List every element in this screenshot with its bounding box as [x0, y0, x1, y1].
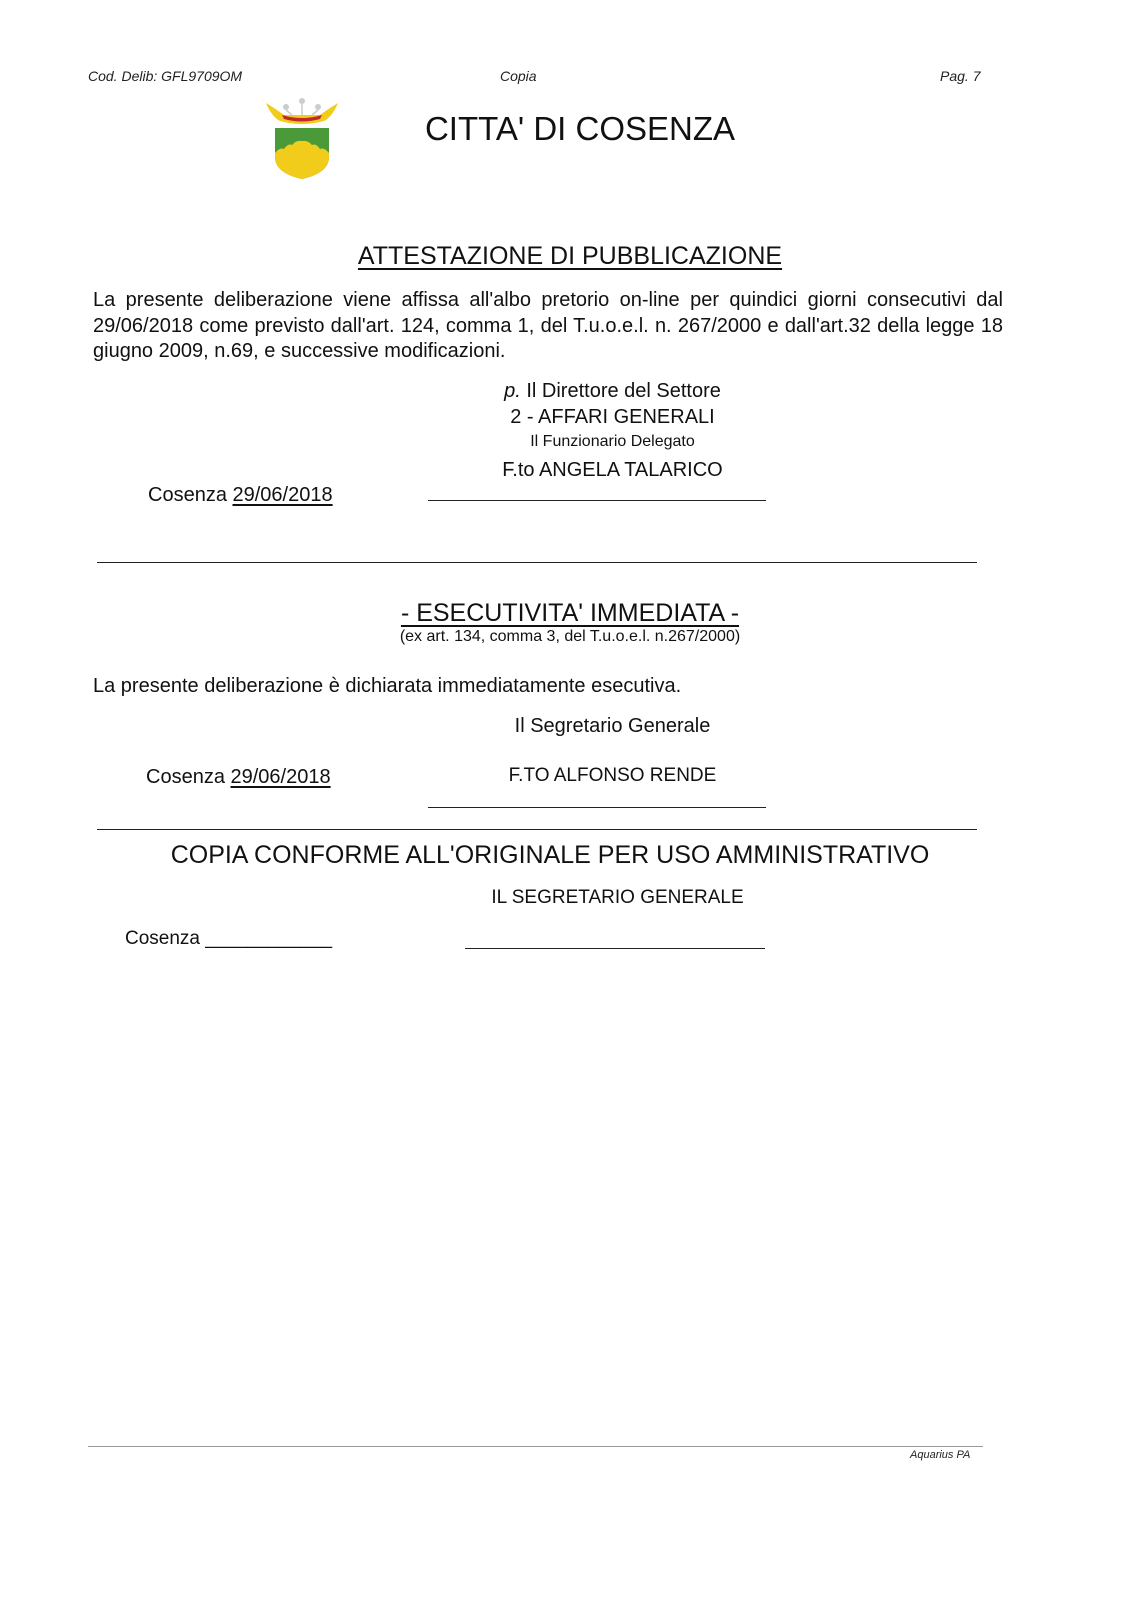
executivity-body: La presente deliberazione è dichiarata i… [93, 674, 1003, 700]
signature-line [428, 500, 766, 501]
signer-prefix: p. [504, 380, 521, 402]
page-number: Pag. 7 [940, 68, 980, 84]
publication-signature: F.to ANGELA TALARICO [440, 459, 785, 482]
signature-line [428, 807, 766, 808]
conformity-place-date: Cosenza ____________ [125, 928, 332, 950]
place: Cosenza [148, 484, 227, 506]
publication-body: La presente deliberazione viene affissa … [93, 288, 1003, 365]
publication-heading: ATTESTAZIONE DI PUBBLICAZIONE [0, 242, 1070, 271]
publication-delegate: Il Funzionario Delegato [440, 433, 785, 451]
place: Cosenza [125, 928, 200, 949]
date-blank: ____________ [205, 928, 332, 949]
conformity-signer-role: IL SEGRETARIO GENERALE [445, 887, 790, 909]
publication-signer-role: p. Il Direttore del Settore [440, 380, 785, 403]
date: 29/06/2018 [231, 766, 331, 788]
copy-label: Copia [500, 68, 537, 84]
executivity-heading: - ESECUTIVITA' IMMEDIATA - [0, 599, 1070, 628]
section-divider [97, 562, 977, 563]
deliberation-code: Cod. Delib: GFL9709OM [88, 68, 242, 84]
footer-rule [88, 1446, 983, 1447]
signer-role: Il Direttore del Settore [526, 380, 721, 402]
executivity-signer-role: Il Segretario Generale [440, 715, 785, 738]
section-divider [97, 829, 977, 830]
place: Cosenza [146, 766, 225, 788]
publication-department: 2 - AFFARI GENERALI [440, 406, 785, 429]
page-title: CITTA' DI COSENZA [0, 110, 1130, 148]
executivity-signature: F.TO ALFONSO RENDE [440, 765, 785, 787]
conformity-heading: COPIA CONFORME ALL'ORIGINALE PER USO AMM… [0, 841, 1100, 870]
footer-brand: Aquarius PA [910, 1449, 970, 1461]
date: 29/06/2018 [233, 484, 333, 506]
executivity-subheading: (ex art. 134, comma 3, del T.u.o.e.l. n.… [0, 628, 1070, 646]
executivity-place-date: Cosenza 29/06/2018 [146, 766, 331, 789]
publication-place-date: Cosenza 29/06/2018 [148, 484, 333, 507]
signature-line [465, 948, 765, 949]
